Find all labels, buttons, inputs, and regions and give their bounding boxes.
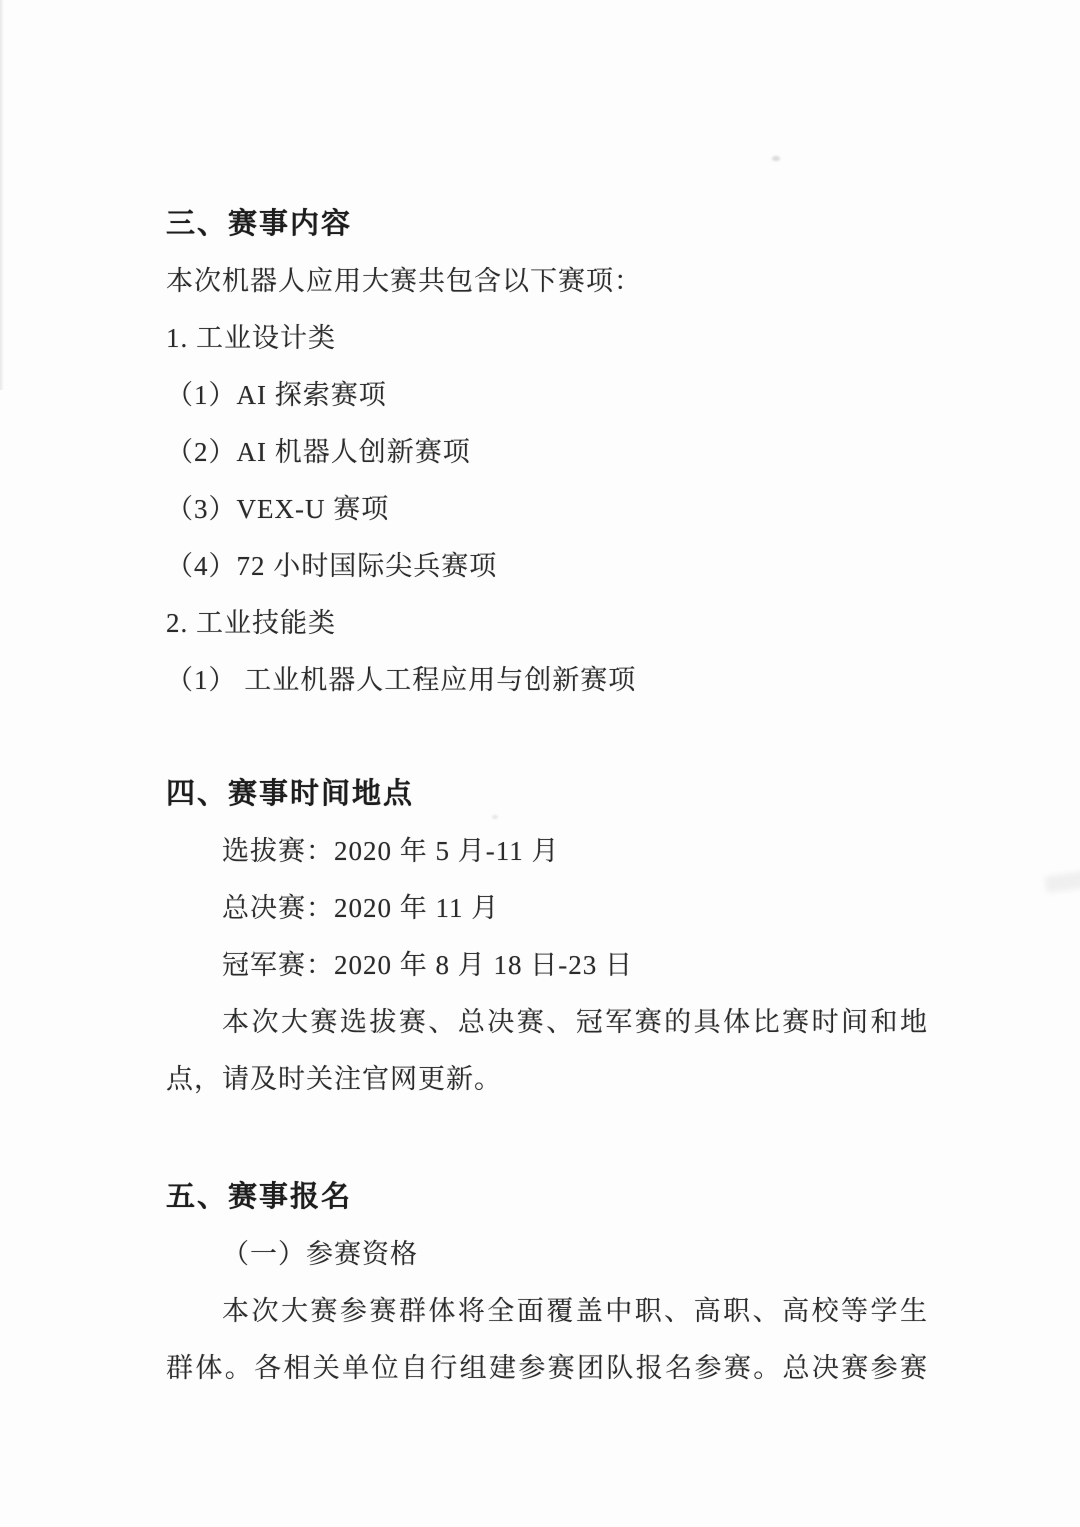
- scan-speck: [772, 156, 780, 161]
- document-content: 三、赛事内容 本次机器人应用大赛共包含以下赛项： 1. 工业设计类 （1）AI …: [166, 196, 928, 1397]
- list-item-ai-robot-innovation: （2）AI 机器人创新赛项: [166, 424, 928, 481]
- section3-heading: 三、赛事内容: [166, 196, 928, 253]
- list-item-72h-international: （4）72 小时国际尖兵赛项: [166, 538, 928, 595]
- section3-intro: 本次机器人应用大赛共包含以下赛项：: [166, 253, 928, 310]
- section5-heading: 五、赛事报名: [166, 1169, 928, 1226]
- section3-category1: 1. 工业设计类: [166, 310, 928, 367]
- schedule-champion: 冠军赛：2020 年 8 月 18 日-23 日: [166, 937, 928, 994]
- section3-category2: 2. 工业技能类: [166, 595, 928, 652]
- list-item-vex-u: （3）VEX-U 赛项: [166, 481, 928, 538]
- scanned-document-page: 三、赛事内容 本次机器人应用大赛共包含以下赛项： 1. 工业设计类 （1）AI …: [0, 0, 1080, 1527]
- scan-streak: [1045, 871, 1080, 892]
- registration-para-line1: 本次大赛参赛群体将全面覆盖中职、高职、高校等学生: [166, 1283, 928, 1340]
- schedule-final: 总决赛：2020 年 11 月: [166, 880, 928, 937]
- schedule-note-line1: 本次大赛选拔赛、总决赛、冠军赛的具体比赛时间和地: [166, 994, 928, 1051]
- schedule-qualifier: 选拔赛：2020 年 5 月-11 月: [166, 823, 928, 880]
- registration-para-line2: 群体。各相关单位自行组建参赛团队报名参赛。总决赛参赛: [166, 1340, 928, 1397]
- list-item-industrial-robot-application: （1） 工业机器人工程应用与创新赛项: [166, 652, 928, 709]
- scan-edge-shade: [0, 0, 4, 390]
- list-item-ai-exploration: （1）AI 探索赛项: [166, 367, 928, 424]
- section4-heading: 四、赛事时间地点: [166, 766, 928, 823]
- schedule-note-line2: 点，请及时关注官网更新。: [166, 1051, 928, 1108]
- registration-subheading: （一）参赛资格: [166, 1226, 928, 1283]
